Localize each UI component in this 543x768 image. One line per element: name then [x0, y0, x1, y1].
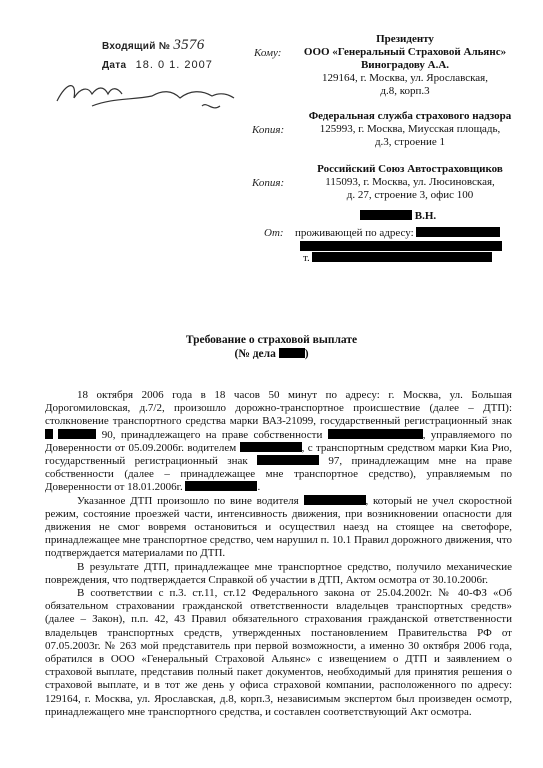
- paragraph-3: В результате ДТП, принадлежащее мне тран…: [45, 561, 512, 587]
- redacted-plate-1a: [45, 429, 53, 439]
- redacted-plate-1b: [58, 429, 96, 439]
- redacted-plate-2: [257, 455, 319, 465]
- recipient-label: Кому:: [254, 47, 281, 59]
- recipient-address-2: д.8, корп.3: [280, 85, 530, 98]
- sender-phone: т.: [303, 252, 492, 264]
- date-value: 18. 0 1. 2007: [136, 59, 213, 71]
- redacted-phone: [312, 252, 492, 262]
- signature-icon: [52, 76, 242, 116]
- recipient-company: ООО «Генеральный Страховой Альянс»: [304, 46, 506, 58]
- redacted-address-2: [300, 241, 502, 251]
- paragraph-2: Указанное ДТП произошло по вине водителя…: [45, 495, 512, 561]
- recipient-block: Президенту ООО «Генеральный Страховой Ал…: [280, 33, 530, 98]
- sender-name: В.Н.: [360, 210, 436, 222]
- copy1-block: Федеральная служба страхового надзора 12…: [285, 110, 535, 149]
- paragraph-1: 18 октября 2006 года в 18 часов 50 минут…: [45, 389, 512, 495]
- case-number: (№ дела ): [0, 347, 543, 361]
- sender-label: От:: [264, 227, 284, 239]
- incoming-stamp: Входящий № 3576 Дата 18. 0 1. 2007: [102, 36, 213, 75]
- copy1-address-2: д.3, строение 1: [285, 136, 535, 149]
- redacted-address-1: [416, 227, 500, 237]
- incoming-label: Входящий №: [102, 41, 170, 52]
- incoming-number: 3576: [173, 37, 204, 53]
- copy1-address-1: 125993, г. Москва, Миусская площадь,: [285, 123, 535, 136]
- recipient-address-1: 129164, г. Москва, ул. Ярославская,: [280, 72, 530, 85]
- date-label: Дата: [102, 60, 126, 71]
- redacted-culprit: [304, 495, 366, 505]
- redacted-owner: [328, 429, 423, 439]
- document-title: Требование о страховой выплате (№ дела ): [0, 333, 543, 361]
- copy2-address-2: д. 27, строение 3, офис 100: [285, 189, 535, 202]
- copy1-label: Копия:: [252, 124, 284, 136]
- copy2-address-1: 115093, г. Москва, ул. Люсиновская,: [285, 176, 535, 189]
- sender-address: проживающей по адресу:: [295, 227, 500, 239]
- copy2-org: Российский Союз Автостраховщиков: [317, 163, 503, 175]
- redacted-case-number: [279, 348, 305, 358]
- copy2-label: Копия:: [252, 177, 284, 189]
- copy2-block: Российский Союз Автостраховщиков 115093,…: [285, 163, 535, 202]
- redacted-driver-2: [185, 481, 257, 491]
- document-body: 18 октября 2006 года в 18 часов 50 минут…: [45, 389, 512, 719]
- redacted-driver-1: [240, 442, 302, 452]
- copy1-org: Федеральная служба страхового надзора: [309, 110, 512, 122]
- paragraph-4: В соответствии с п.3. ст.11, ст.12 Федер…: [45, 587, 512, 719]
- recipient-person: Виноградову А.А.: [361, 59, 449, 71]
- title-text: Требование о страховой выплате: [0, 333, 543, 347]
- redacted-surname: [360, 210, 412, 220]
- recipient-title: Президенту: [376, 33, 434, 45]
